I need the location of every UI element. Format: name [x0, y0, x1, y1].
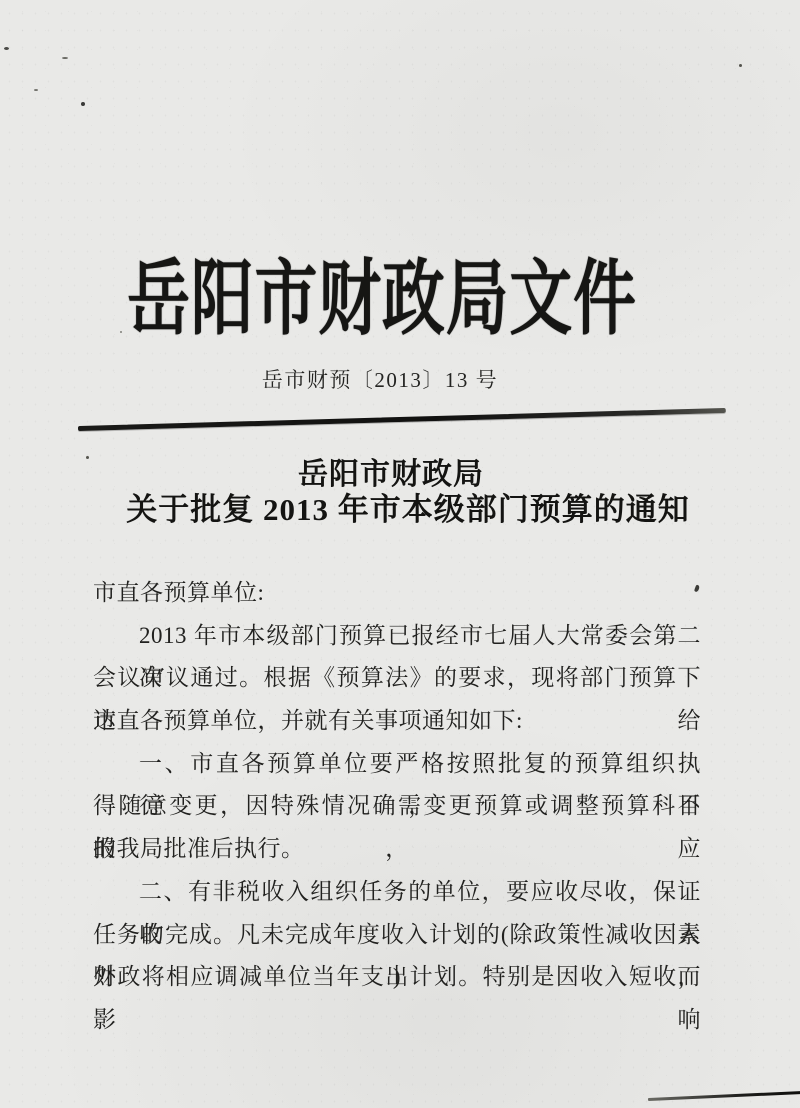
body-line: 2013 年市本级部门预算已报经市七届人大常委会第二次 — [93, 615, 701, 658]
scan-page-edge-line — [648, 1091, 800, 1101]
scan-speck — [86, 456, 89, 459]
body-line: 会议审议通过。根据《预算法》的要求，现将部门预算下达给 — [93, 657, 701, 700]
body-line: 财政将相应调减单位当年支出计划。特别是因收入短收而影响 — [93, 956, 701, 999]
body-line-item-1: 一、市直各预算单位要严格按照批复的预算组织执行，不 — [93, 743, 701, 786]
scan-speck — [739, 64, 742, 67]
body-line: 任务的完成。凡未完成年度收入计划的(除政策性减收因素外)， — [93, 914, 701, 957]
scan-speck — [4, 47, 9, 50]
document-number: 岳市财预〔2013〕13 号 — [262, 364, 498, 394]
body-line-item-2: 二、有非税收入组织任务的单位，要应收尽收，保证收入 — [93, 871, 701, 914]
scan-speck — [34, 89, 38, 91]
body-line-salutation: 市直各预算单位: — [93, 572, 701, 615]
letterhead-title: 岳阳市财政局文件 — [127, 233, 637, 351]
notice-title-subject: 关于批复 2013 年市本级部门预算的通知 — [126, 484, 690, 529]
document-body: 市直各预算单位: 2013 年市本级部门预算已报经市七届人大常委会第二次 会议审… — [93, 572, 701, 999]
letterhead-divider-rule — [78, 408, 726, 431]
body-line: 得随意变更，因特殊情况确需变更预算或调整预算科目的，应 — [93, 785, 701, 828]
scan-speck — [120, 331, 122, 333]
scan-speck — [81, 102, 85, 106]
scanned-official-document-page: 岳阳市财政局文件 岳市财预〔2013〕13 号 岳阳市财政局 关于批复 2013… — [0, 0, 800, 1108]
scan-speck — [62, 57, 68, 59]
